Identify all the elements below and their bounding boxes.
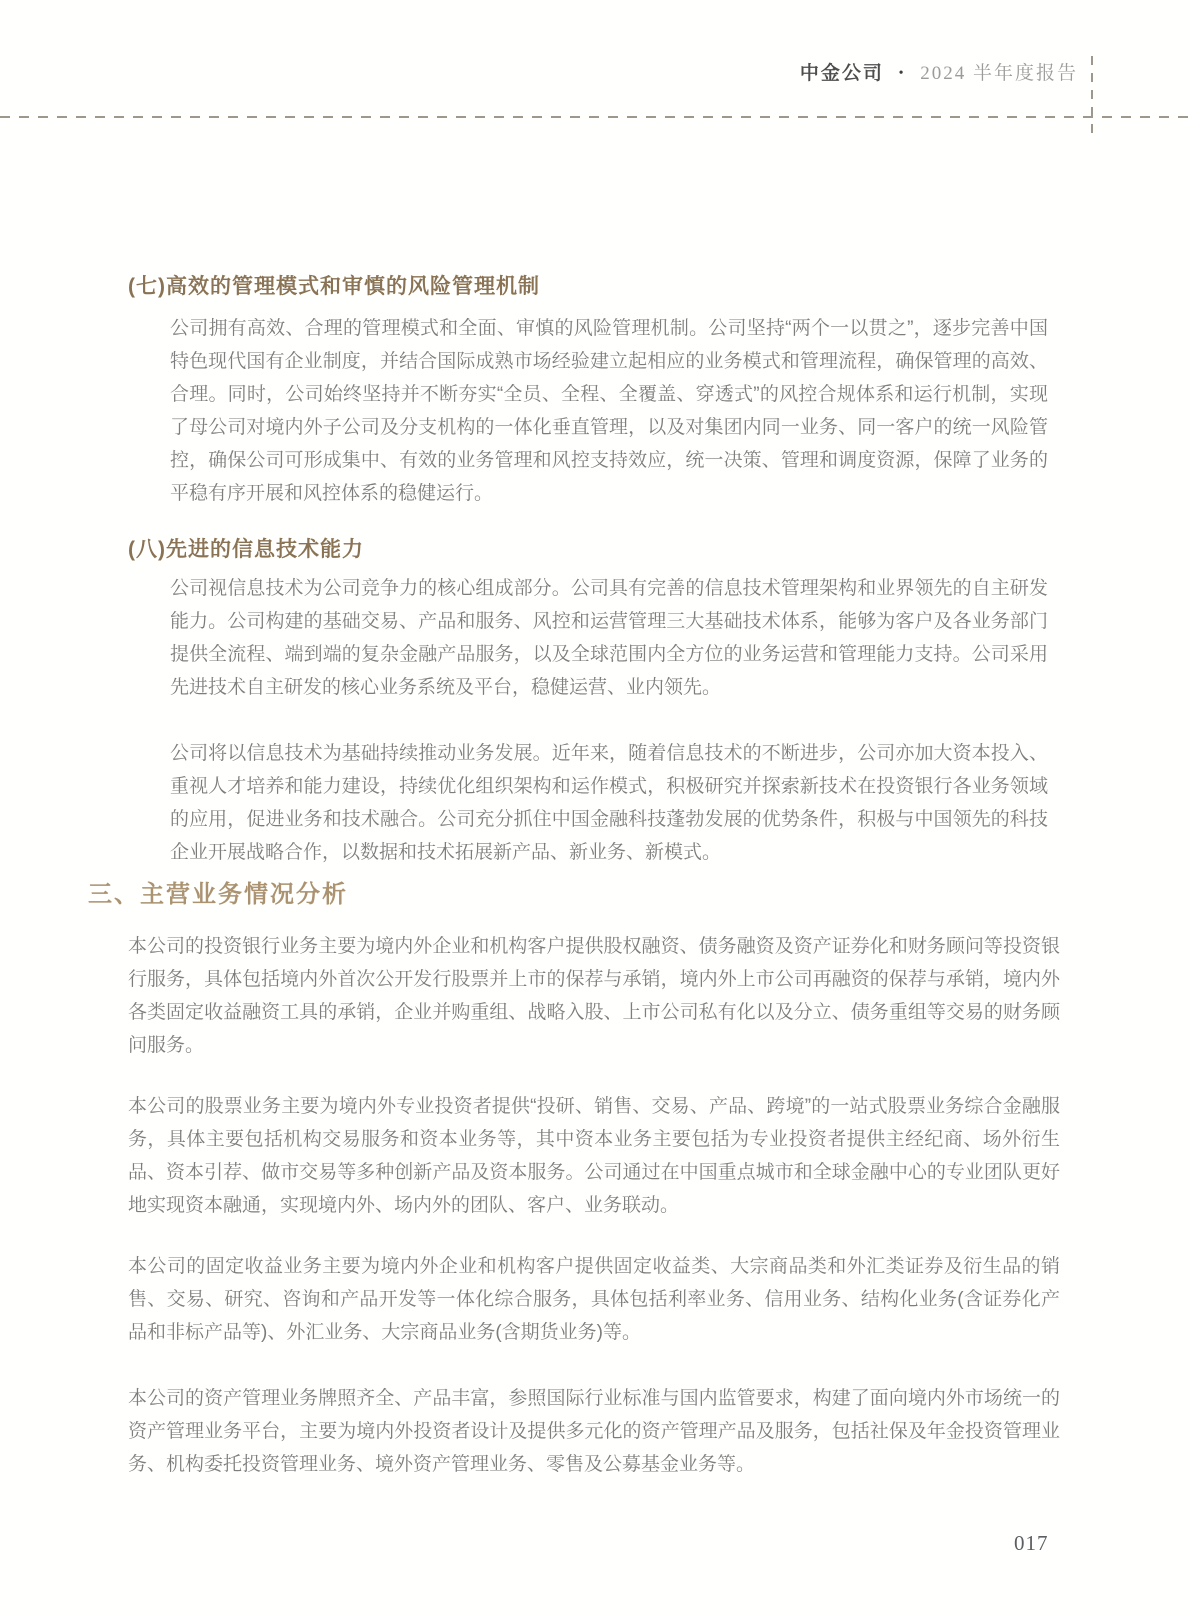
page-header: 中金公司 • 2024 半年度报告 [800, 58, 1078, 85]
header-bullet-separator: • [891, 66, 914, 81]
section-7-paragraph-1: 公司拥有高效、合理的管理模式和全面、审慎的风险管理机制。公司坚持“两个一以贯之”… [170, 312, 1048, 510]
page-number: 017 [1014, 1531, 1049, 1556]
report-title: 2024 半年度报告 [920, 63, 1078, 84]
main-business-paragraph-4: 本公司的资产管理业务牌照齐全、产品丰富，参照国际行业标准与国内监管要求，构建了面… [128, 1382, 1060, 1481]
report-page: 中金公司 • 2024 半年度报告 (七)高效的管理模式和审慎的风险管理机制 公… [0, 0, 1190, 1615]
horizontal-dashed-divider [0, 116, 1190, 118]
section-heading-8: (八)先进的信息技术能力 [128, 533, 364, 563]
section-heading-7: (七)高效的管理模式和审慎的风险管理机制 [128, 270, 540, 300]
company-name: 中金公司 [800, 63, 884, 84]
section-8-paragraph-1: 公司视信息技术为公司竞争力的核心组成部分。公司具有完善的信息技术管理架构和业界领… [170, 572, 1048, 704]
main-business-paragraph-2: 本公司的股票业务主要为境内外专业投资者提供“投研、销售、交易、产品、跨境”的一站… [128, 1090, 1060, 1222]
vertical-dashed-divider [1091, 56, 1093, 134]
section-8-paragraph-2: 公司将以信息技术为基础持续推动业务发展。近年来，随着信息技术的不断进步，公司亦加… [170, 737, 1048, 869]
main-business-paragraph-1: 本公司的投资银行业务主要为境内外企业和机构客户提供股权融资、债务融资及资产证券化… [128, 930, 1060, 1062]
section-heading-main-business: 三、主营业务情况分析 [88, 874, 348, 909]
main-business-paragraph-3: 本公司的固定收益业务主要为境内外企业和机构客户提供固定收益类、大宗商品类和外汇类… [128, 1250, 1060, 1349]
